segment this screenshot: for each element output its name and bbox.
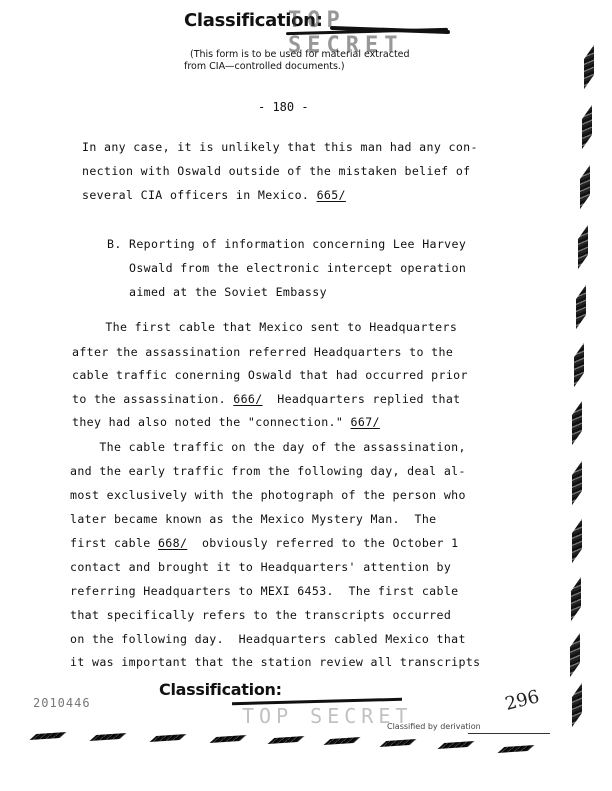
- footnote-ref-667[interactable]: 667/: [351, 415, 380, 429]
- border-stripe: [570, 633, 580, 677]
- body-line: first cable 668/ obviously referred to t…: [70, 536, 459, 550]
- document-id: 2010446: [33, 696, 91, 710]
- body-line: to the assassination. 666/ Headquarters …: [72, 392, 461, 406]
- border-stripe: [572, 461, 582, 505]
- border-stripe: [268, 736, 305, 744]
- body-line: contact and brought it to Headquarters' …: [70, 560, 451, 574]
- border-stripe: [576, 285, 586, 329]
- form-note: (This form is to be used for material ex…: [184, 49, 474, 73]
- body-line: cable traffic conerning Oswald that had …: [72, 368, 468, 382]
- body-line: The cable traffic on the day of the assa…: [70, 440, 466, 454]
- handwritten-page-number: 296: [503, 686, 541, 715]
- body-line: nection with Oswald outside of the mista…: [82, 164, 471, 178]
- border-stripe: [324, 737, 361, 745]
- border-stripe: [150, 734, 187, 742]
- body-text: first cable: [70, 536, 158, 550]
- border-stripe: [580, 165, 590, 209]
- body-line: referring Headquarters to MEXI 6453. The…: [70, 584, 459, 598]
- classified-by-line: [468, 733, 550, 734]
- border-stripe: [574, 343, 584, 387]
- border-stripe: [498, 745, 535, 753]
- border-stripe: [582, 105, 592, 149]
- body-line: and the early traffic from the following…: [70, 464, 466, 478]
- section-heading-line: Oswald from the electronic intercept ope…: [107, 261, 466, 275]
- form-note-line: from CIA—controlled documents.): [184, 61, 474, 73]
- section-heading-line: B. Reporting of information concerning L…: [107, 237, 466, 251]
- body-line: later became known as the Mexico Mystery…: [70, 512, 437, 526]
- footnote-ref-665[interactable]: 665/: [317, 188, 346, 202]
- page-number: - 180 -: [258, 100, 309, 114]
- footnote-ref-668[interactable]: 668/: [158, 536, 187, 550]
- footnote-ref-666[interactable]: 666/: [233, 392, 262, 406]
- body-text: Headquarters replied that: [263, 392, 461, 406]
- border-stripe: [438, 741, 475, 749]
- border-stripe: [210, 735, 247, 743]
- border-stripe: [30, 732, 67, 740]
- classified-by-label: Classified by derivation: [387, 722, 481, 731]
- body-text: to the assassination.: [72, 392, 233, 406]
- border-stripe: [90, 733, 127, 741]
- body-line: they had also noted the "connection." 66…: [72, 415, 380, 429]
- border-stripe: [571, 577, 581, 621]
- body-line: after the assassination referred Headqua…: [72, 345, 453, 359]
- body-text: they had also noted the "connection.": [72, 415, 351, 429]
- body-line: on the following day. Headquarters cable…: [70, 632, 466, 646]
- body-line: The first cable that Mexico sent to Head…: [76, 320, 457, 334]
- body-line: most exclusively with the photograph of …: [70, 488, 466, 502]
- document-body: In any case, it is unlikely that this ma…: [82, 140, 522, 680]
- body-line: several CIA officers in Mexico. 665/: [82, 188, 346, 202]
- footer-classification-label: Classification:: [159, 680, 282, 699]
- border-stripe: [380, 739, 417, 747]
- section-heading-line: aimed at the Soviet Embassy: [107, 285, 327, 299]
- body-line: it was important that the station review…: [70, 655, 480, 669]
- border-stripe: [578, 225, 588, 269]
- border-stripe: [584, 45, 594, 89]
- form-note-line: (This form is to be used for material ex…: [184, 49, 474, 61]
- body-text: obviously referred to the October 1: [187, 536, 458, 550]
- border-stripe: [572, 683, 582, 727]
- body-text: several CIA officers in Mexico.: [82, 188, 317, 202]
- border-stripe: [572, 401, 582, 445]
- border-stripe: [572, 519, 582, 563]
- body-line: that specifically refers to the transcri…: [70, 608, 451, 622]
- body-line: In any case, it is unlikely that this ma…: [82, 140, 478, 154]
